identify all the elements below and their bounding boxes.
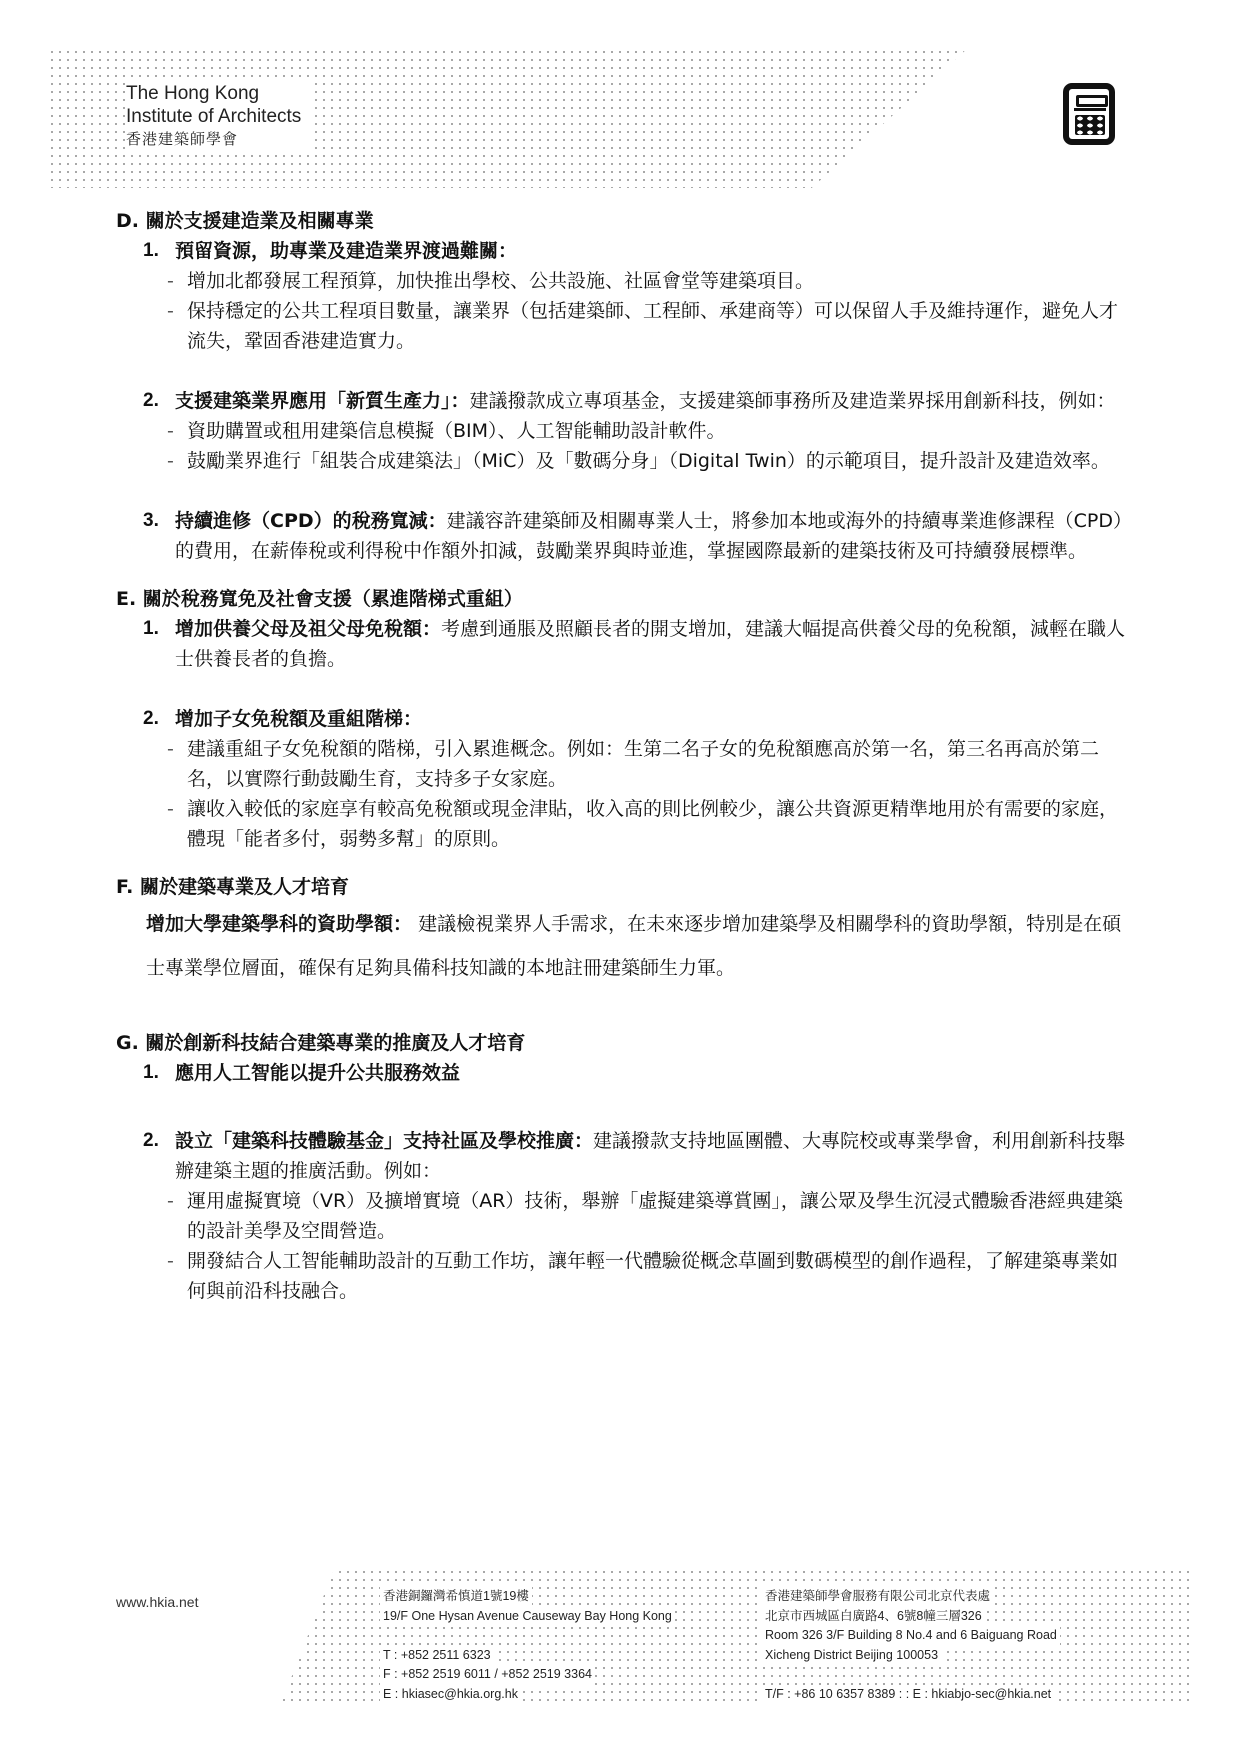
item-heading: 應用人工智能以提升公共服務效益 — [175, 1062, 460, 1084]
org-logo-text: The Hong Kong Institute of Architects 香港… — [126, 80, 311, 152]
hk-fax: F : +852 2519 6011 / +852 2519 3364 — [380, 1665, 595, 1685]
item-heading: 預留資源，助專業及建造業界渡過難關： — [175, 240, 517, 262]
footer-website-link[interactable]: www.hkia.net — [116, 1594, 198, 1610]
item-number: 2. — [143, 1126, 175, 1186]
section-g-item-1: 1. 應用人工智能以提升公共服務效益 — [143, 1058, 1126, 1088]
hk-email-link[interactable]: E : hkiasec@hkia.org.hk — [380, 1685, 521, 1705]
hk-address-en: 19/F One Hysan Avenue Causeway Bay Hong … — [380, 1607, 675, 1627]
item-heading: 支援建築業界應用「新質生產力」： — [175, 390, 470, 412]
section-f-paragraph: 增加大學建築學科的資助學額： 建議檢視業界人手需求，在未來逐步增加建築學及相關學… — [146, 902, 1126, 990]
org-name-en-line1: The Hong Kong — [126, 82, 263, 105]
item-heading: 增加供養父母及祖父母免稅額： — [175, 618, 441, 640]
bj-address-en-line1: Room 326 3/F Building 8 No.4 and 6 Baigu… — [762, 1626, 1060, 1646]
list-item: -鼓勵業界進行「組裝合成建築法」（MiC）及「數碼分身」（Digital Twi… — [167, 446, 1126, 476]
item-number: 3. — [143, 506, 175, 566]
seal-line — [1074, 108, 1106, 111]
section-g-item-2: 2. 設立「建築科技體驗基金」支持社區及學校推廣：建議撥款支持地區團體、大專院校… — [143, 1126, 1126, 1186]
document-body: D. 關於支援建造業及相關專業 1. 預留資源，助專業及建造業界渡過難關： -增… — [116, 206, 1126, 1306]
org-name-zh: 香港建築師學會 — [126, 128, 242, 150]
item-number: 2. — [143, 386, 175, 416]
list-item: -建議重組子女免稅額的階梯，引入累進概念。例如：生第二名子女的免稅額應高於第一名… — [167, 734, 1126, 794]
list-item: -讓收入較低的家庭享有較高免稅額或現金津貼，收入高的則比例較少，讓公共資源更精準… — [167, 794, 1126, 854]
section-e-item-2-bullets: -建議重組子女免稅額的階梯，引入累進概念。例如：生第二名子女的免稅額應高於第一名… — [167, 734, 1126, 854]
bj-address-en-line2: Xicheng District Beijing 100053 — [762, 1646, 941, 1666]
footer-beijing-office: 香港建築師學會服務有限公司北京代表處 北京市西城區白廣路4、6號8幢三層326 … — [762, 1587, 1060, 1704]
footer-hk-office: 香港銅鑼灣希慎道1號19樓 19/F One Hysan Avenue Caus… — [380, 1587, 675, 1704]
seal-bar — [1076, 95, 1108, 107]
hkia-seal-icon — [1063, 83, 1115, 145]
seal-grid — [1075, 115, 1105, 135]
item-heading: 持續進修（CPD）的稅務寬減： — [175, 510, 447, 532]
section-e-title: E. 關於稅務寬免及社會支援（累進階梯式重組） — [116, 584, 1126, 614]
item-number: 2. — [143, 704, 175, 734]
section-e-item-1: 1. 增加供養父母及祖父母免稅額：考慮到通脹及照顧長者的開支增加，建議大幅提高供… — [143, 614, 1126, 674]
list-item: -保持穩定的公共工程項目數量，讓業界（包括建築師、工程師、承建商等）可以保留人手… — [167, 296, 1126, 356]
hk-address-zh: 香港銅鑼灣希慎道1號19樓 — [380, 1587, 532, 1607]
list-item: -資助購置或租用建築信息模擬（BIM）、人工智能輔助設計軟件。 — [167, 416, 1126, 446]
section-f-title: F. 關於建築專業及人才培育 — [116, 872, 1126, 902]
section-d-item-3: 3. 持續進修（CPD）的稅務寬減：建議容許建築師及相關專業人士，將參加本地或海… — [143, 506, 1126, 566]
section-g-item-2-bullets: -運用虛擬實境（VR）及擴增實境（AR）技術，舉辦「虛擬建築導賞團」，讓公眾及學… — [167, 1186, 1126, 1306]
item-number: 1. — [143, 614, 175, 674]
item-heading: 設立「建築科技體驗基金」支持社區及學校推廣： — [175, 1130, 593, 1152]
paragraph-heading: 增加大學建築學科的資助學額： — [146, 913, 412, 935]
section-d-item-2-bullets: -資助購置或租用建築信息模擬（BIM）、人工智能輔助設計軟件。 -鼓勵業界進行「… — [167, 416, 1126, 476]
section-e-item-2: 2. 增加子女免稅額及重組階梯： — [143, 704, 1126, 734]
bj-name-zh: 香港建築師學會服務有限公司北京代表處 — [762, 1587, 993, 1607]
section-d-item-1-bullets: -增加北都發展工程預算，加快推出學校、公共設施、社區會堂等建築項目。 -保持穩定… — [167, 266, 1126, 356]
item-heading: 增加子女免稅額及重組階梯： — [175, 708, 422, 730]
hk-tel: T : +852 2511 6323 — [380, 1646, 494, 1666]
section-d-title: D. 關於支援建造業及相關專業 — [116, 206, 1126, 236]
org-name-en-line2: Institute of Architects — [126, 105, 305, 128]
list-item: -運用虛擬實境（VR）及擴增實境（AR）技術，舉辦「虛擬建築導賞團」，讓公眾及學… — [167, 1186, 1126, 1246]
bj-contact[interactable]: T/F : +86 10 6357 8389 : : E : hkiabjo-s… — [762, 1685, 1054, 1705]
list-item: -增加北都發展工程預算，加快推出學校、公共設施、社區會堂等建築項目。 — [167, 266, 1126, 296]
section-g-title: G. 關於創新科技結合建築專業的推廣及人才培育 — [116, 1028, 1126, 1058]
bj-address-zh: 北京市西城區白廣路4、6號8幢三層326 — [762, 1607, 985, 1627]
section-d-item-1: 1. 預留資源，助專業及建造業界渡過難關： — [143, 236, 1126, 266]
section-d-item-2: 2. 支援建築業界應用「新質生產力」：建議撥款成立專項基金，支援建築師事務所及建… — [143, 386, 1126, 416]
list-item: -開發結合人工智能輔助設計的互動工作坊，讓年輕一代體驗從概念草圖到數碼模型的創作… — [167, 1246, 1126, 1306]
item-body-text: 建議撥款成立專項基金，支援建築師事務所及建造業界採用創新科技，例如： — [470, 390, 1116, 412]
item-number: 1. — [143, 1058, 175, 1088]
item-number: 1. — [143, 236, 175, 266]
